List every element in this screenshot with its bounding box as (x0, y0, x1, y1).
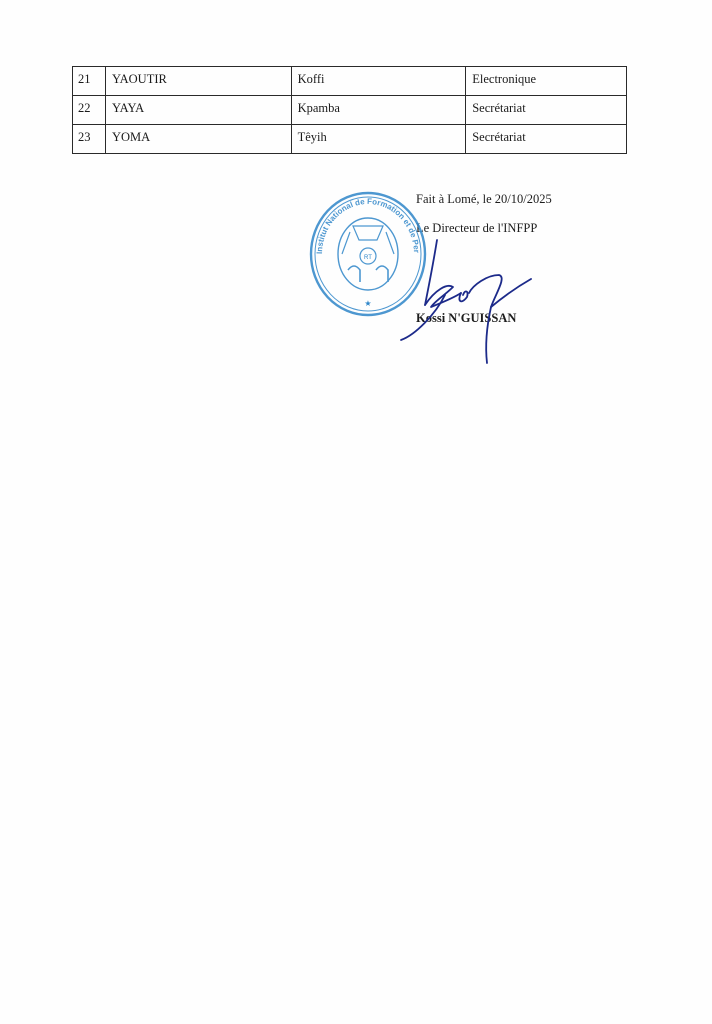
svg-text:RT: RT (364, 255, 372, 261)
svg-text:★: ★ (364, 299, 371, 308)
signatory-title: Le Directeur de l'INFPP (416, 221, 537, 236)
place-date: Fait à Lomé, le 20/10/2025 (416, 192, 552, 207)
handwritten-signature-icon (395, 235, 535, 365)
signature-block: Fait à Lomé, le 20/10/2025 Le Directeur … (0, 0, 712, 400)
